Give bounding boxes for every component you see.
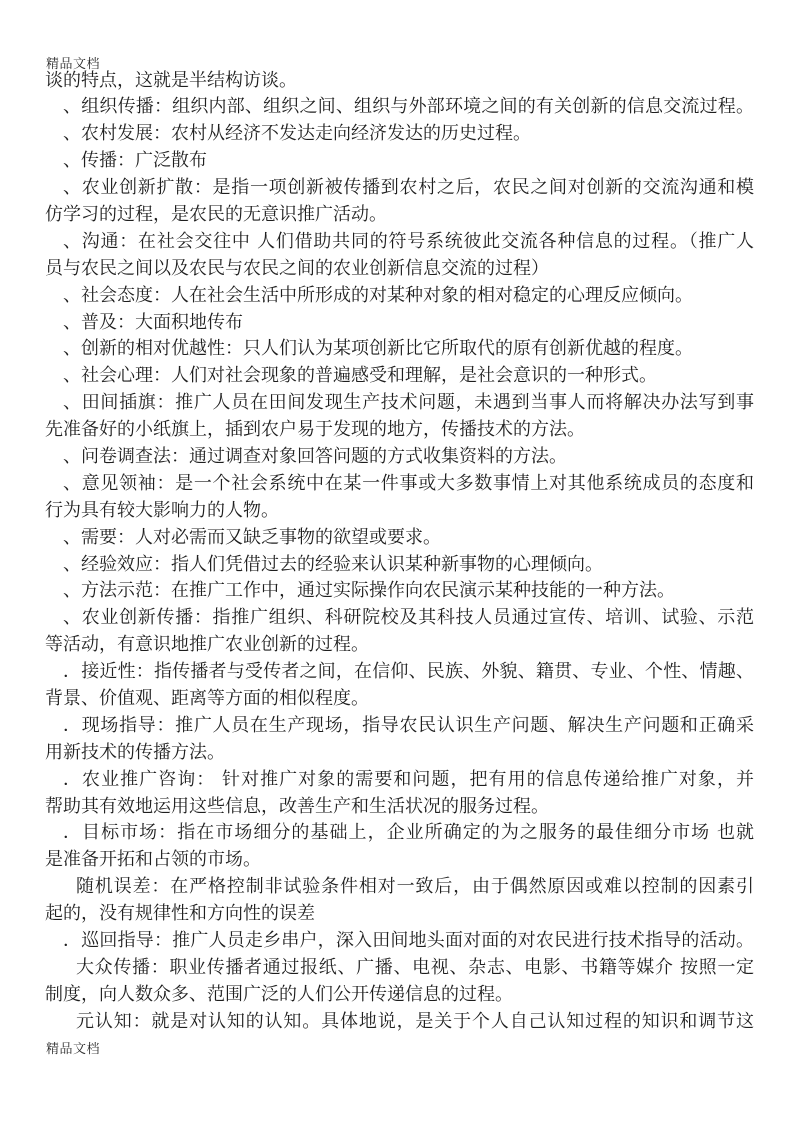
definition-circuit-guidance: ．巡回指导：推广人员走乡串户，深入田间地头面对面的对农民进行技术指导的活动。 (45, 928, 754, 955)
definition-onsite-guidance-cont: 用新技术的传播方法。 (45, 740, 754, 767)
definition-random-error: 随机误差：在严格控制非试验条件相对一致后，由于偶然原因或难以控制的因素引 (45, 874, 754, 901)
definition-communication: 、传播：广泛散布 (45, 148, 754, 175)
definition-target-market: ．目标市场：指在市场细分的基础上，企业所确定的为之服务的最佳细分市场 也就 (45, 820, 754, 847)
paragraph-line: 谈的特点，这就是半结构访谈。 (45, 68, 754, 95)
definition-relative-advantage: 、创新的相对优越性：只人们认为某项创新比它所取代的原有创新优越的程度。 (45, 336, 754, 363)
definition-extension-consulting: ．农业推广咨询： 针对推广对象的需要和问题，把有用的信息传递给推广对象，并 (45, 767, 754, 794)
definition-questionnaire: 、问卷调查法：通过调查对象回答问题的方式收集资料的方法。 (45, 444, 754, 471)
definition-experience-effect: 、经验效应：指人们凭借过去的经验来认识某种新事物的心理倾向。 (45, 552, 754, 579)
definition-opinion-leader-cont: 行为具有较大影响力的人物。 (45, 498, 754, 525)
definition-field-flag-cont: 先准备好的小纸旗上，插到农户易于发现的地方，传播技术的方法。 (45, 417, 754, 444)
definition-need: 、需要：人对必需而又缺乏事物的欲望或要求。 (45, 525, 754, 552)
definition-innovation-diffusion: 、农业创新扩散：是指一项创新被传播到农村之后，农民之间对创新的交流沟通和模 (45, 175, 754, 202)
definition-interaction: 、沟通：在社会交往中 人们借助共同的符号系统彼此交流各种信息的过程。（推广人 (45, 229, 754, 256)
definition-social-psychology: 、社会心理：人们对社会现象的普遍感受和理解，是社会意识的一种形式。 (45, 363, 754, 390)
definition-target-market-cont: 是准备开拓和占领的市场。 (45, 847, 754, 874)
definition-innovation-diffusion-cont: 仿学习的过程，是农民的无意识推广活动。 (45, 202, 754, 229)
definition-mass-communication-cont: 制度，向人数众多、范围广泛的人们公开传递信息的过程。 (45, 982, 754, 1009)
definition-innovation-dissemination: 、农业创新传播：指推广组织、科研院校及其科技人员通过宣传、培训、试验、示范 (45, 605, 754, 632)
definition-interaction-cont: 员与农民之间以及农民与农民之间的农业创新信息交流的过程） (45, 256, 754, 283)
definition-proximity: ．接近性：指传播者与受传者之间，在信仰、民族、外貌、籍贯、专业、个性、情趣、 (45, 659, 754, 686)
definition-opinion-leader: 、意见领袖：是一个社会系统中在某一件事或大多数事情上对其他系统成员的态度和 (45, 471, 754, 498)
definition-proximity-cont: 背景、价值观、距离等方面的相似程度。 (45, 686, 754, 713)
definition-onsite-guidance: ．现场指导：推广人员在生产现场，指导农民认识生产问题、解决生产问题和正确采 (45, 713, 754, 740)
definition-random-error-cont: 起的，没有规律性和方向性的误差 (45, 901, 754, 928)
definition-method-demonstration: 、方法示范：在推广工作中，通过实际操作向农民演示某种技能的一种方法。 (45, 578, 754, 605)
definition-innovation-dissemination-cont: 等活动，有意识地推广农业创新的过程。 (45, 632, 754, 659)
definition-rural-development: 、农村发展：农村从经济不发达走向经济发达的历史过程。 (45, 121, 754, 148)
document-body: 谈的特点，这就是半结构访谈。 、组织传播：组织内部、组织之间、组织与外部环境之间… (45, 68, 754, 1036)
definition-popularization: 、普及：大面积地传布 (45, 310, 754, 337)
definition-organizational-communication: 、组织传播：组织内部、组织之间、组织与外部环境之间的有关创新的信息交流过程。 (45, 94, 754, 121)
definition-metacognition: 元认知：就是对认知的认知。具体地说，是关于个人自己认知过程的知识和调节这 (45, 1009, 754, 1036)
page-footer: 精品文档 (46, 1043, 100, 1057)
definition-social-attitude: 、社会态度：人在社会生活中所形成的对某种对象的相对稳定的心理反应倾向。 (45, 283, 754, 310)
definition-field-flag: 、田间插旗：推广人员在田间发现生产技术问题，未遇到当事人而将解决办法写到事 (45, 390, 754, 417)
definition-extension-consulting-cont: 帮助其有效地运用这些信息，改善生产和生活状况的服务过程。 (45, 794, 754, 821)
definition-mass-communication: 大众传播：职业传播者通过报纸、广播、电视、杂志、电影、书籍等媒介 按照一定 (45, 955, 754, 982)
